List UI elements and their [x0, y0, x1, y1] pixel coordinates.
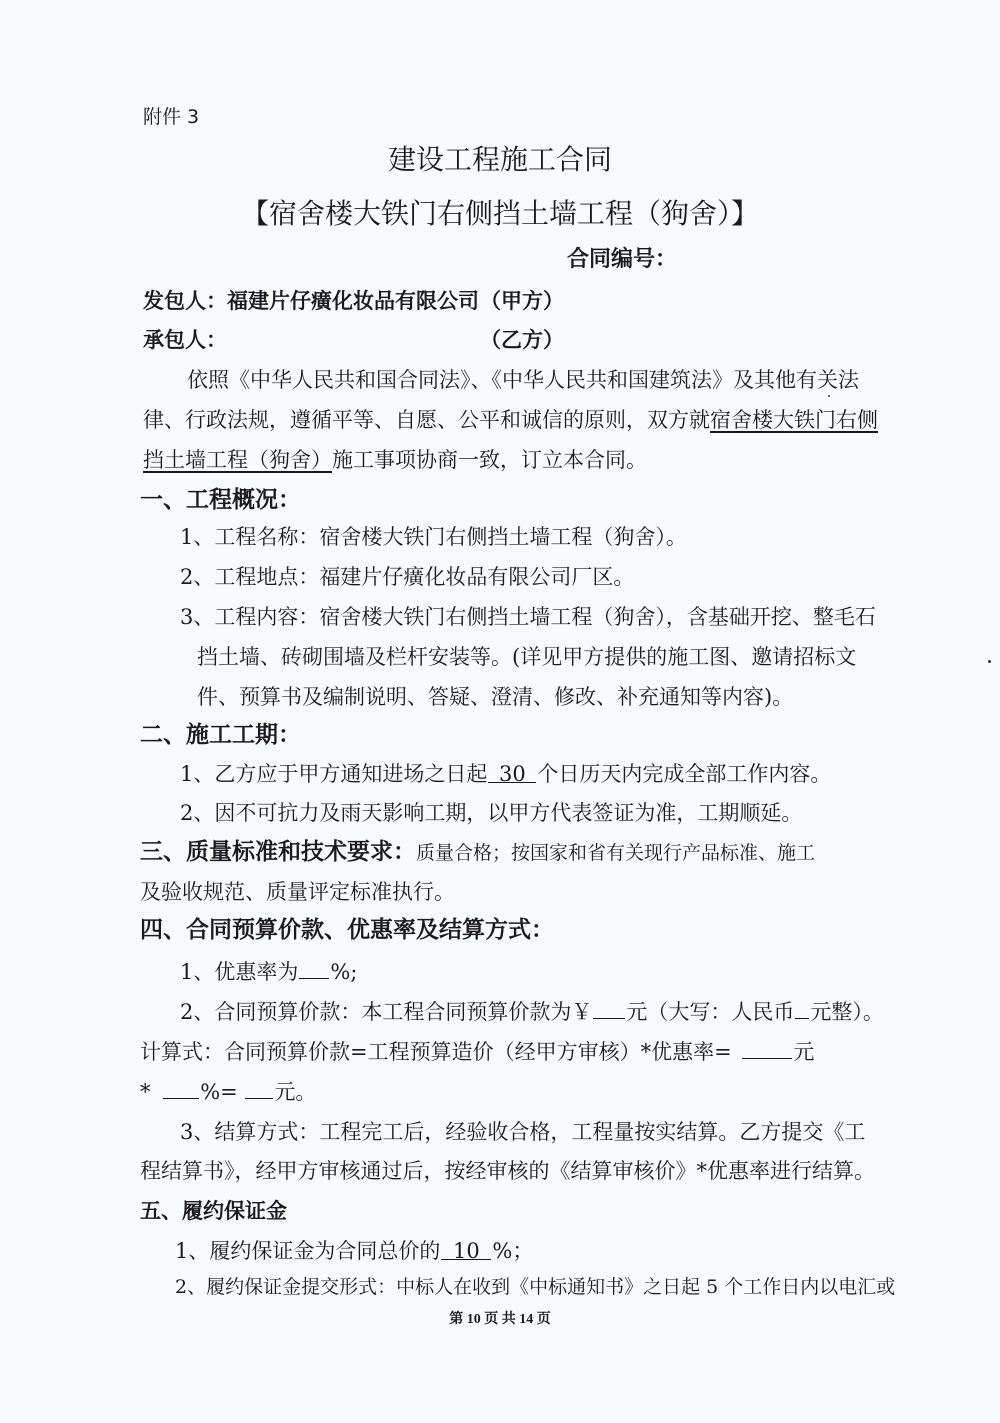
employer-name: 福建片仔癀化妆品有限公司: [227, 289, 479, 313]
formula-value-2-field: [163, 1076, 199, 1099]
duration-text-suffix: 个日历天内完成全部工作内容。: [537, 762, 831, 786]
contractor-label: 承包人：: [143, 328, 227, 352]
section-4-item-3-line-1: 3、结算方式：工程完工后，经验收合格，工程量按实结算。乙方提交《工: [180, 1118, 865, 1146]
preamble-text-end: 施工事项协商一致，订立本合同。: [332, 448, 647, 472]
formula-unit-1: 元: [793, 1040, 814, 1064]
section-2-item-1: 1、乙方应于甲方通知进场之日起30个日历天内完成全部工作内容。: [180, 760, 831, 788]
project-name-underlined: 宿舍楼大铁门右侧: [710, 408, 878, 432]
formula-value-3-field: [245, 1076, 273, 1099]
bond-ratio-label: 1、履约保证金为合同总价的: [175, 1239, 440, 1263]
document-page: 附件 3 建设工程施工合同 【宿舍楼大铁门右侧挡土墙工程（狗舍）】 合同编号： …: [0, 0, 1000, 1423]
discount-rate-field: [299, 956, 329, 979]
employer-side: （甲方）: [480, 287, 564, 315]
bond-percent-sign: %；: [492, 1239, 533, 1263]
section-3-text: 质量合格；按国家和省有关现行产品标准、施工: [416, 842, 815, 864]
section-1-heading: 一、工程概况：: [140, 486, 301, 514]
section-1-item-3-line-3: 件、预算书及编制说明、答疑、澄清、修改、补充通知等内容)。: [197, 683, 793, 711]
budget-amount-field: [593, 996, 625, 1019]
section-5-item-2: 2、履约保证金提交形式：中标人在收到《中标通知书》之日起 5 个工作日内以电汇或: [175, 1273, 895, 1301]
section-3-row: 三、质量标准和技术要求：质量合格；按国家和省有关现行产品标准、施工: [140, 838, 815, 867]
preamble-line-2: 律、行政法规，遵循平等、自愿、公平和诚信的原则，双方就宿舍楼大铁门右侧: [143, 406, 878, 434]
budget-words-suffix: 元整）。: [810, 1000, 884, 1024]
section-3-heading: 三、质量标准和技术要求：: [140, 839, 416, 865]
budget-price-label: 2、合同预算价款：本工程合同预算价款为￥: [180, 1000, 592, 1024]
multiply-sign: *: [140, 1080, 151, 1104]
scan-speck: [828, 395, 830, 397]
section-2-heading: 二、施工工期：: [140, 721, 301, 749]
bond-ratio-field: 10: [441, 1237, 491, 1260]
preamble-text: 律、行政法规，遵循平等、自愿、公平和诚信的原则，双方就: [143, 408, 710, 432]
duration-text-prefix: 1、乙方应于甲方通知进场之日起: [180, 762, 487, 786]
percent-sign: %;: [330, 960, 357, 984]
section-4-formula-line-1: 计算式：合同预算价款=工程预算造价（经甲方审核）*优惠率= 元: [140, 1036, 814, 1066]
preamble-line-3: 挡土墙工程（狗舍）施工事项协商一致，订立本合同。: [143, 446, 647, 474]
contractor-row: 承包人： （乙方）: [143, 326, 227, 354]
section-1-item-2: 2、工程地点：福建片仔癀化妆品有限公司厂区。: [180, 563, 634, 591]
section-1-item-1: 1、工程名称：宿舍楼大铁门右侧挡土墙工程（狗舍）。: [180, 523, 687, 551]
scan-speck: [988, 660, 991, 663]
attachment-label: 附件 3: [143, 103, 199, 131]
section-4-item-2: 2、合同预算价款：本工程合同预算价款为￥元（大写：人民币元整）。: [180, 996, 884, 1026]
contract-number-label: 合同编号：: [567, 246, 677, 274]
discount-rate-label: 1、优惠率为: [180, 960, 298, 984]
project-name-underlined-cont: 挡土墙工程（狗舍）: [143, 448, 332, 472]
section-5-item-1: 1、履约保证金为合同总价的10%；: [175, 1237, 533, 1265]
formula-percent-equals: %=: [200, 1080, 238, 1104]
budget-words-field: [795, 996, 809, 1019]
section-4-item-1: 1、优惠率为%;: [180, 956, 357, 986]
formula-unit-2: 元。: [274, 1080, 316, 1104]
section-1-item-3-line-1: 3、工程内容：宿舍楼大铁门右侧挡土墙工程（狗舍），含基础开挖、整毛石: [180, 603, 876, 631]
section-5-heading: 五、履约保证金: [140, 1197, 287, 1225]
section-4-heading: 四、合同预算价款、优惠率及结算方式：: [140, 916, 554, 944]
preamble-line-1: 依照《中华人民共和国合同法》、《中华人民共和国建筑法》及其他有关法: [187, 366, 859, 394]
contractor-side: （乙方）: [480, 326, 564, 354]
section-3-text-line-2: 及验收规范、质量评定标准执行。: [140, 878, 455, 906]
formula-text: 计算式：合同预算价款=工程预算造价（经甲方审核）*优惠率=: [140, 1040, 732, 1064]
section-4-item-3-line-2: 程结算书》，经甲方审核通过后，按经审核的《结算审核价》*优惠率进行结算。: [140, 1157, 875, 1185]
document-title: 建设工程施工合同: [0, 143, 1000, 177]
section-2-item-2: 2、因不可抗力及雨天影响工期，以甲方代表签证为准，工期顺延。: [180, 799, 802, 827]
section-4-formula-line-2: * %= 元。: [140, 1076, 316, 1106]
formula-value-1-field: [742, 1036, 792, 1059]
employer-label: 发包人：: [143, 289, 227, 313]
duration-days-field: 30: [488, 760, 536, 783]
document-subtitle: 【宿舍楼大铁门右侧挡土墙工程（狗舍）】: [0, 197, 1000, 231]
page-number-footer: 第 10 页 共 14 页: [0, 1310, 1000, 1330]
budget-words-label: 元（大写：人民币: [626, 1000, 794, 1024]
employer-row: 发包人：福建片仔癀化妆品有限公司 （甲方）: [143, 287, 479, 315]
section-1-item-3-line-2: 挡土墙、砖砌围墙及栏杆安装等。(详见甲方提供的施工图、邀请招标文: [197, 643, 856, 671]
